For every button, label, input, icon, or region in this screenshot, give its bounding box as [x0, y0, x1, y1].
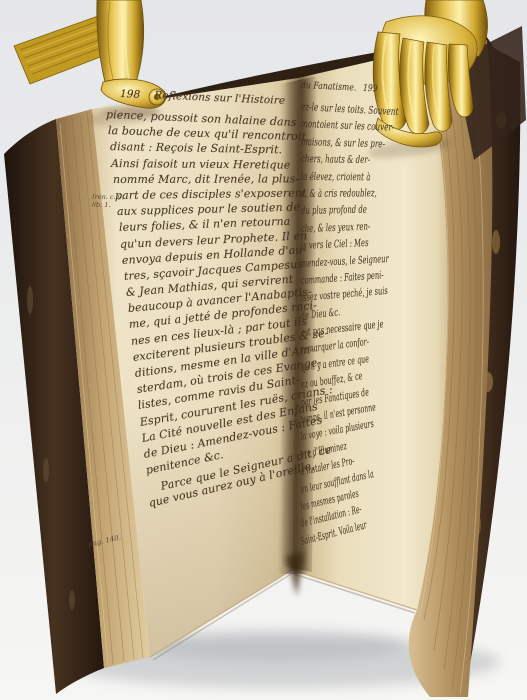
right-running-title: du Fanatisme. [301, 80, 357, 94]
text-line: e, & à cris redoublez, [301, 185, 369, 203]
left-page-number: 198 [120, 88, 141, 101]
margin-note-line: lib. 1. [92, 201, 124, 210]
left-page-running-head: 198 Reflexions sur l'Histoire [120, 88, 311, 108]
left-page-text-block: 198 Reflexions sur l'Histoire pience, po… [106, 88, 311, 512]
right-page-text-block: du Fanatisme. 199 ez-le sur les toits. S… [301, 80, 405, 551]
right-page-running-head: du Fanatisme. 199 [301, 80, 378, 94]
left-running-title: Reflexions sur l'Histoire [154, 89, 285, 106]
right-page-number: 199 [363, 83, 378, 95]
gutter-bottom-notch [286, 552, 304, 596]
text-line: la élevez, crioient à [301, 169, 369, 187]
text-line: chers, hauts & der- [301, 151, 370, 169]
photo-open-antique-book: 198 Reflexions sur l'Histoire pience, po… [0, 0, 527, 700]
margin-note-citation: Iren. c. 9. lib. 1. [92, 193, 124, 210]
text-line: du plus profond de [301, 202, 368, 221]
